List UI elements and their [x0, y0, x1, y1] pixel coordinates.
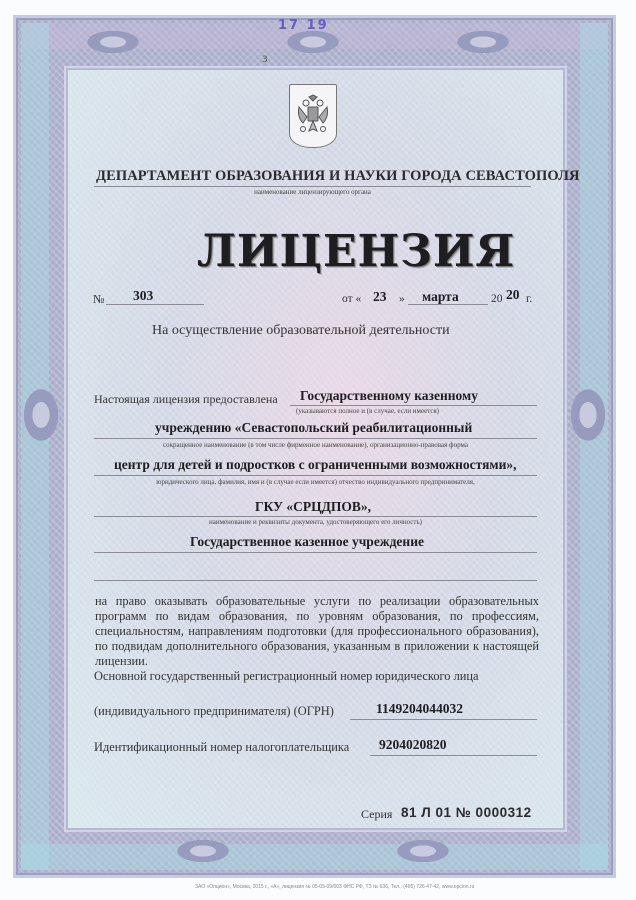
- licensee-line-1: Государственному казенному: [300, 388, 478, 404]
- series-label: Серия: [361, 807, 392, 822]
- licensee-line-2: учреждению «Севастопольский реабилитацио…: [155, 420, 472, 436]
- divider: [94, 438, 537, 439]
- licensee-line-3: центр для детей и подростков с ограничен…: [114, 457, 516, 473]
- license-day: 23: [373, 289, 387, 305]
- granted-to-label: Настоящая лицензия предоставлена: [94, 392, 278, 407]
- caption-1: (указываются полное и (в случае, если им…: [296, 407, 439, 415]
- issuer-caption: наименование лицензирующего органа: [94, 188, 531, 196]
- license-month: марта: [422, 289, 459, 305]
- coat-of-arms-icon: [289, 84, 337, 148]
- divider: [94, 516, 537, 517]
- caption-4: наименование и реквизиты документа, удос…: [94, 518, 537, 526]
- year-prefix: 20: [491, 293, 503, 305]
- date-day-close: »: [399, 293, 405, 305]
- ogrn-label-line-2: (индивидуального предпринимателя) (ОГРН): [94, 704, 334, 719]
- licensee-line-5: Государственное казенное учреждение: [190, 534, 424, 550]
- divider: [350, 719, 537, 720]
- divider: [94, 475, 537, 476]
- double-headed-eagle-icon: [295, 93, 331, 139]
- registration-stamp: 17 19: [278, 18, 329, 33]
- ogrn-value: 1149204044032: [376, 701, 463, 717]
- number-label: №: [93, 292, 104, 307]
- series-number: 81 Л 01 № 0000312: [401, 805, 532, 820]
- divider: [94, 580, 537, 581]
- ornament-scroll-icon: [173, 838, 233, 864]
- printer-imprint: ЗАО «Опцион», Москва, 2015 г., «А», лице…: [195, 884, 474, 890]
- license-rights-text: на право оказывать образовательные услуг…: [95, 594, 539, 669]
- ornament-scroll-icon: [393, 838, 453, 864]
- caption-3: юридического лица, фамилия, имя и (в слу…: [94, 478, 537, 486]
- inn-value: 9204020820: [379, 737, 447, 753]
- stamp-subnumber: 3: [262, 55, 268, 65]
- ornament-scroll-icon: [21, 385, 61, 445]
- license-year: 20: [506, 287, 520, 303]
- divider: [370, 755, 537, 756]
- divider: [290, 405, 537, 406]
- license-number: 303: [133, 288, 153, 304]
- ornament-scroll-icon: [83, 29, 143, 55]
- divider: [106, 304, 204, 305]
- document-title: ЛИЦЕНЗИЯ: [197, 226, 515, 277]
- inn-label: Идентификационный номер налогоплательщик…: [94, 740, 349, 755]
- issuing-authority: ДЕПАРТАМЕНТ ОБРАЗОВАНИЯ И НАУКИ ГОРОДА С…: [96, 168, 580, 185]
- ogrn-label-line-1: Основной государственный регистрационный…: [94, 669, 479, 684]
- ornament-scroll-icon: [453, 29, 513, 55]
- divider: [94, 552, 537, 553]
- divider: [408, 304, 488, 305]
- date-prefix: от «: [342, 293, 361, 305]
- ornament-scroll-icon: [568, 385, 608, 445]
- caption-2: сокращенное наименование (в том числе фи…: [94, 441, 537, 449]
- license-purpose: На осуществление образовательной деятель…: [152, 323, 450, 339]
- year-unit: г.: [526, 293, 532, 305]
- divider: [94, 186, 531, 187]
- licensee-line-4: ГКУ «СРЦДПОВ»,: [255, 499, 371, 515]
